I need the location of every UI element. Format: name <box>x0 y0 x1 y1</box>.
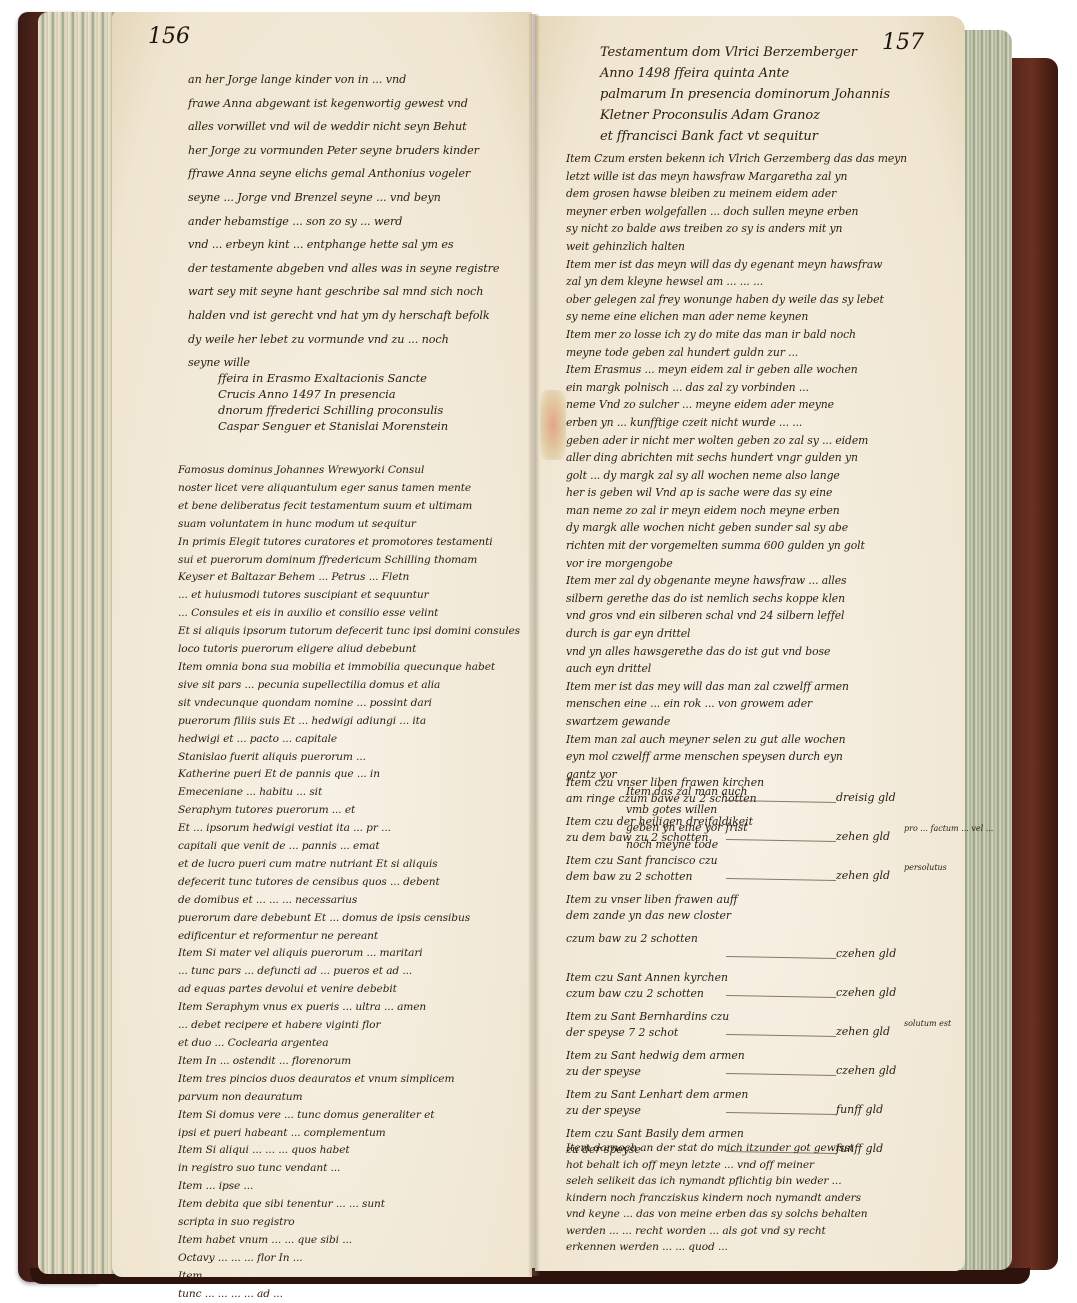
ledger-line: dem zande yn das new closter <box>566 908 966 924</box>
ledger-row: Item zu Sant hedwig dem armenzu der spey… <box>566 1048 966 1087</box>
margin-note: solutum est <box>904 1019 951 1029</box>
manuscript-line: her Jorge zu vormunden Peter seyne brude… <box>188 139 508 163</box>
manuscript-line: sy nicht zo balde aws treiben zo sy is a… <box>566 220 946 238</box>
manuscript-line: halden vnd ist gerecht vnd hat ym dy her… <box>188 304 508 328</box>
manuscript-line: de domibus et ... ... ... necessarius <box>178 892 508 910</box>
manuscript-line: edificentur et reformentur ne pereant <box>178 928 508 946</box>
left-page-fore-edge <box>38 12 120 1274</box>
manuscript-line: seleh selikeit das ich nymandt pflichtig… <box>566 1173 946 1190</box>
ink-stain <box>540 390 566 460</box>
manuscript-line: her is geben wil Vnd ap is sache were da… <box>566 484 946 502</box>
manuscript-line: auch eyn drittel <box>566 660 946 678</box>
manuscript-line: scripta in suo registro <box>178 1214 508 1232</box>
manuscript-line: defecerit tunc tutores de censibus quos … <box>178 874 508 892</box>
manuscript-line: sive sit pars ... pecunia supellectilia … <box>178 677 508 695</box>
manuscript-line: loco tutoris puerorum eligere aliud debe… <box>178 641 508 659</box>
ledger-row: Item czu Sant Annen kyrchenczum baw czu … <box>566 970 966 1009</box>
folio-number-right: 157 <box>882 30 924 55</box>
right-testament-body: Item Czum ersten bekenn ich Vlrich Gerze… <box>566 150 946 854</box>
manuscript-line: richten mit der vorgemelten summa 600 gu… <box>566 537 946 555</box>
manuscript-line: vnd keyne ... das von meine erben das sy… <box>566 1206 946 1223</box>
manuscript-line: noster licet vere aliquantulum eger sanu… <box>178 480 508 498</box>
manuscript-line: wart sey mit seyne hant geschribe sal mn… <box>188 280 508 304</box>
book-gutter <box>528 14 540 1276</box>
manuscript-line: Item Erasmus ... meyn eidem zal ir geben… <box>566 361 946 379</box>
manuscript-line: geben ader ir nicht mer wolten geben zo … <box>566 432 946 450</box>
manuscript-line: suam voluntatem in hunc modum ut sequitu… <box>178 516 508 534</box>
heading-line: ffeira in Erasmo Exaltacionis Sancte <box>218 370 498 386</box>
manuscript-line: tunc ... ... ... ... ad ... <box>178 1286 508 1303</box>
manuscript-line: Item Si domus vere ... tunc domus genera… <box>178 1107 508 1125</box>
ledger-line: Item czu vnser liben frawen kirchen <box>566 775 966 791</box>
ledger-row: Item zu Sant Lenhart dem armenzu der spe… <box>566 1087 966 1126</box>
manuscript-line: sit vndecunque quondam nomine ... possin… <box>178 695 508 713</box>
manuscript-line: seyne ... Jorge vnd Brenzel seyne ... vn… <box>188 186 508 210</box>
manuscript-line: Item tres pincios duos deauratos et vnum… <box>178 1071 508 1089</box>
manuscript-line: erben yn ... kunfftige czeit nicht wurde… <box>566 414 946 432</box>
manuscript-line: Item mer zal dy obgenante meyne hawsfraw… <box>566 572 946 590</box>
manuscript-line: hot behalt ich off meyn letzte ... vnd o… <box>566 1157 946 1174</box>
ledger-amount: zehen gld <box>836 1025 890 1038</box>
manuscript-line: werden ... ... recht worden ... als got … <box>566 1223 946 1240</box>
manuscript-line: vor ire morgengobe <box>566 555 946 573</box>
manuscript-line: Stanislao fuerit aliquis puerorum ... <box>178 749 508 767</box>
manuscript-line: ... tunc pars ... defuncti ad ... pueros… <box>178 963 508 981</box>
manuscript-line: zal yn dem kleyne hewsel am ... ... ... <box>566 273 946 291</box>
manuscript-line: der testamente abgeben vnd alles was in … <box>188 257 508 281</box>
manuscript-line: Item debita que sibi tenentur ... ... su… <box>178 1196 508 1214</box>
heading-line: et ffrancisci Bank fact vt sequitur <box>600 126 880 147</box>
manuscript-line: ffrawe Anna seyne elichs gemal Anthonius… <box>188 162 508 186</box>
manuscript-line: Katherine pueri Et de pannis que ... in <box>178 766 508 784</box>
right-testament-heading: Testamentum dom Vlrici BerzembergerAnno … <box>600 42 880 147</box>
manuscript-line: dem grosen hawse bleiben zu meinem eidem… <box>566 185 946 203</box>
manuscript-line: ipsi et pueri habeant ... complementum <box>178 1125 508 1143</box>
manuscript-line: Item ... ipse ... <box>178 1178 508 1196</box>
manuscript-line: Item habet vnum ... ... que sibi ... <box>178 1232 508 1250</box>
heading-line: palmarum In presencia dominorum Johannis <box>600 84 880 105</box>
right-closing-paragraph: Item darnoch an der stat do mich itzunde… <box>566 1140 946 1256</box>
ledger-amount: czehen gld <box>836 986 896 999</box>
manuscript-line: vnd gros vnd ein silberen schal vnd 24 s… <box>566 607 946 625</box>
ledger-amount: zehen gld <box>836 830 890 843</box>
manuscript-line: in registro suo tunc vendant ... <box>178 1160 508 1178</box>
manuscript-line: Et ... ipsorum hedwigi vestiat ita ... p… <box>178 820 508 838</box>
ledger-line: Item czu Sant Annen kyrchen <box>566 970 966 986</box>
manuscript-line: Emeceniane ... habitu ... sit <box>178 784 508 802</box>
manuscript-line: Item Czum ersten bekenn ich Vlrich Gerze… <box>566 150 946 168</box>
ledger-line: Item zu vnser liben frawen auff <box>566 892 966 908</box>
manuscript-line: Item darnoch an der stat do mich itzunde… <box>566 1140 946 1157</box>
ledger-amount: funff gld <box>836 1103 883 1116</box>
heading-line: dnorum ffrederici Schilling proconsulis <box>218 402 498 418</box>
manuscript-line: sy neme eine elichen man ader neme keyne… <box>566 308 946 326</box>
manuscript-line: dy margk alle wochen nicht geben sunder … <box>566 519 946 537</box>
manuscript-line: an her Jorge lange kinder von in ... vnd <box>188 68 508 92</box>
right-page-fore-edge <box>960 30 1012 1270</box>
ledger-line: zu der speyse <box>566 1103 966 1119</box>
manuscript-line: puerorum dare debebunt Et ... domus de i… <box>178 910 508 928</box>
manuscript-line: letzt wille ist das meyn hawsfraw Margar… <box>566 168 946 186</box>
open-manuscript-book: 156 an her Jorge lange kinder von in ...… <box>0 0 1077 1303</box>
ledger-row: Item zu vnser liben frawen auffdem zande… <box>566 892 966 931</box>
manuscript-line: Item In ... ostendit ... florenorum <box>178 1053 508 1071</box>
manuscript-line: sui et puerorum dominum ffredericum Schi… <box>178 552 508 570</box>
ledger-line: czum baw czu 2 schotten <box>566 986 966 1002</box>
ledger-amount: zehen gld <box>836 869 890 882</box>
manuscript-line: Item Si aliqui ... ... ... quos habet <box>178 1142 508 1160</box>
heading-line: Anno 1498 ffeira quinta Ante <box>600 63 880 84</box>
ledger-line: Item zu Sant hedwig dem armen <box>566 1048 966 1064</box>
left-top-paragraph: an her Jorge lange kinder von in ... vnd… <box>188 68 508 375</box>
ledger-line: Item zu Sant Lenhart dem armen <box>566 1087 966 1103</box>
heading-line: Testamentum dom Vlrici Berzemberger <box>600 42 880 63</box>
heading-line: Kletner Proconsulis Adam Granoz <box>600 105 880 126</box>
manuscript-line: frawe Anna abgewant ist kegenwortig gewe… <box>188 92 508 116</box>
manuscript-line: Seraphym tutores puerorum ... et <box>178 802 508 820</box>
manuscript-line: meyne tode geben zal hundert guldn zur .… <box>566 344 946 362</box>
ledger-line: am ringe czum bawe zu 2 schotten <box>566 791 966 807</box>
manuscript-line: erkennen werden ... ... quod ... <box>566 1239 946 1256</box>
manuscript-line: et bene deliberatus fecit testamentum su… <box>178 498 508 516</box>
manuscript-line: et de lucro pueri cum matre nutriant Et … <box>178 856 508 874</box>
manuscript-line: Item Si mater vel aliquis puerorum ... m… <box>178 945 508 963</box>
manuscript-line: Et si aliquis ipsorum tutorum defecerit … <box>178 623 508 641</box>
manuscript-line: Item Seraphym vnus ex pueris ... ultra .… <box>178 999 508 1017</box>
manuscript-line: ... Consules et eis in auxilio et consil… <box>178 605 508 623</box>
manuscript-line: silbern gerethe das do ist nemlich sechs… <box>566 590 946 608</box>
manuscript-line: Item mer ist das meyn will das dy egenan… <box>566 256 946 274</box>
manuscript-line: neme Vnd zo sulcher ... meyne eidem ader… <box>566 396 946 414</box>
manuscript-line: capitali que venit de ... pannis ... ema… <box>178 838 508 856</box>
manuscript-line: hedwigi et ... pacto ... capitale <box>178 731 508 749</box>
ledger-row: czum baw zu 2 schottenczehen gld <box>566 931 966 970</box>
manuscript-line: kindern noch francziskus kindern noch ny… <box>566 1190 946 1207</box>
manuscript-line: et duo ... Coclearia argentea <box>178 1035 508 1053</box>
left-entry-body: Famosus dominus Johannes Wrewyorki Consu… <box>178 462 508 1303</box>
manuscript-line: ... debet recipere et habere viginti flo… <box>178 1017 508 1035</box>
margin-note: pro ... factum ... vel ... <box>904 824 993 834</box>
left-entry-heading: ffeira in Erasmo Exaltacionis SancteCruc… <box>218 370 498 434</box>
ledger-row: Item czu vnser liben frawen kirchenam ri… <box>566 775 966 814</box>
manuscript-line: vnd ... erbeyn kint ... entphange hette … <box>188 233 508 257</box>
manuscript-line: ein margk polnisch ... das zal zy vorbin… <box>566 379 946 397</box>
manuscript-line: Item omnia bona sua mobilia et immobilia… <box>178 659 508 677</box>
ledger-rule-line <box>726 956 836 959</box>
manuscript-line: parvum non deauratum <box>178 1089 508 1107</box>
manuscript-line: In primis Elegit tutores curatores et pr… <box>178 534 508 552</box>
manuscript-line: swartzem gewande <box>566 713 946 731</box>
margin-note: persolutus <box>904 863 947 873</box>
folio-number-left: 156 <box>148 24 190 49</box>
manuscript-line: Keyser et Baltazar Behem ... Petrus ... … <box>178 569 508 587</box>
ledger-row: Item czu der heiligen dreifaldikeitzu de… <box>566 814 966 853</box>
manuscript-line: aller ding abrichten mit sechs hundert v… <box>566 449 946 467</box>
manuscript-line: Octavy ... ... ... flor In ... <box>178 1250 508 1268</box>
manuscript-line: ... et huiusmodi tutores suscipiant et s… <box>178 587 508 605</box>
manuscript-line: golt ... dy margk zal sy all wochen neme… <box>566 467 946 485</box>
manuscript-line: meyner erben wolgefallen ... doch sullen… <box>566 203 946 221</box>
ledger-amount: czehen gld <box>836 947 896 960</box>
ledger-amount: czehen gld <box>836 1064 896 1077</box>
ledger-line: zu der speyse <box>566 1064 966 1080</box>
manuscript-line: vnd yn alles hawsgerethe das do ist gut … <box>566 643 946 661</box>
manuscript-line: alles vorwillet vnd wil de weddir nicht … <box>188 115 508 139</box>
manuscript-line: ober gelegen zal frey wonunge haben dy w… <box>566 291 946 309</box>
ledger-row: Item zu Sant Bernhardins czuder speyse 7… <box>566 1009 966 1048</box>
manuscript-line: ander hebamstige ... son zo sy ... werd <box>188 210 508 234</box>
manuscript-line: puerorum filiis suis Et ... hedwigi adiu… <box>178 713 508 731</box>
manuscript-line: dy weile her lebet zu vormunde vnd zu ..… <box>188 328 508 352</box>
ledger-row: Item czu Sant francisco czudem baw zu 2 … <box>566 853 966 892</box>
ledger-line: czum baw zu 2 schotten <box>566 931 966 947</box>
manuscript-line: menschen eine ... ein rok ... von growem… <box>566 695 946 713</box>
manuscript-line: Item man zal auch meyner selen zu gut al… <box>566 731 946 749</box>
manuscript-line: Item ... ... ... ... <box>178 1268 508 1286</box>
heading-line: Caspar Senguer et Stanislai Morenstein <box>218 418 498 434</box>
manuscript-line: weit gehinzlich halten <box>566 238 946 256</box>
manuscript-line: man neme zo zal ir meyn eidem noch meyne… <box>566 502 946 520</box>
manuscript-line: Item mer zo losse ich zy do mite das man… <box>566 326 946 344</box>
ledger-amount: dreisig gld <box>836 791 896 804</box>
manuscript-line: Item mer ist das mey will das man zal cz… <box>566 678 946 696</box>
manuscript-line: ad equas partes devolui et venire debebi… <box>178 981 508 999</box>
manuscript-line: eyn mol czwelff arme menschen speysen du… <box>566 748 946 766</box>
bequest-ledger: Item czu vnser liben frawen kirchenam ri… <box>566 775 966 1165</box>
manuscript-line: durch is gar eyn drittel <box>566 625 946 643</box>
manuscript-line: Famosus dominus Johannes Wrewyorki Consu… <box>178 462 508 480</box>
heading-line: Crucis Anno 1497 In presencia <box>218 386 498 402</box>
